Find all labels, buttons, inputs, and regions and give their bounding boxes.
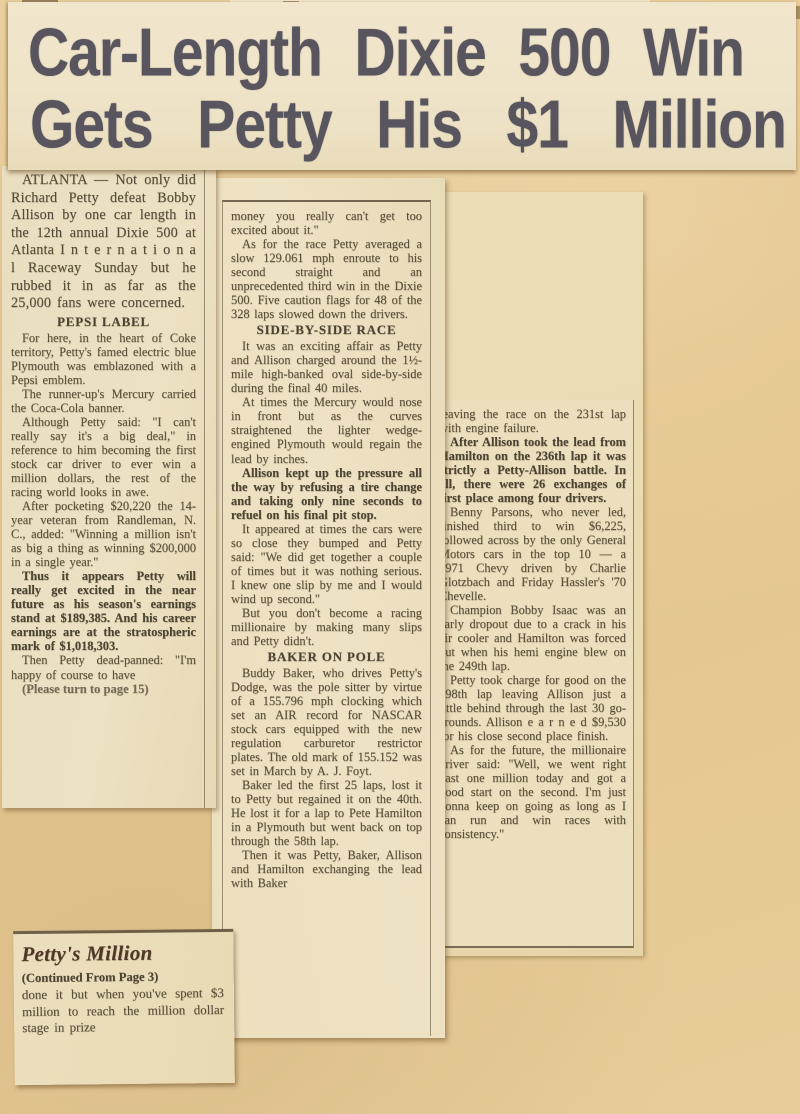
headline-clipping: Car-LengthDixie500Win GetsPettyHis$1Mill… [8, 2, 796, 170]
article-paragraph: At times the Mercury would nose in front… [231, 395, 422, 465]
left-column-text: ATLANTA — Not only did Richard Petty def… [11, 172, 196, 697]
continuation-body: done it but when you've spent $3 million… [22, 985, 225, 1037]
headline-word: Dixie [355, 20, 486, 87]
article-paragraph: Then Petty dead-panned: "I'm happy of co… [11, 653, 196, 681]
section-header: SIDE-BY-SIDE RACE [231, 322, 422, 338]
article-paragraph: But you don't become a racing millionair… [231, 606, 422, 648]
headline-word: Car-Length [28, 20, 322, 87]
article-paragraph: Baker led the first 25 laps, lost it to … [231, 778, 422, 848]
headline-word: Gets [30, 92, 153, 159]
section-header: BAKER ON POLE [231, 649, 422, 665]
continuation-title: Petty's Million [21, 940, 223, 967]
headline-word: Petty [197, 92, 331, 159]
headline-word: $1 [507, 92, 568, 159]
article-paragraph: For here, in the heart of Coke territory… [11, 331, 196, 387]
article-paragraph: Champion Bobby Isaac was an early dropou… [439, 603, 626, 673]
article-paragraph: The runner-up's Mercury carried the Coca… [11, 387, 196, 415]
article-paragraph: (Please turn to page 15) [11, 682, 196, 697]
article-paragraph: After pocketing $20,220 the 14-year vete… [11, 499, 196, 569]
article-paragraph: As for the future, the millionaire drive… [439, 743, 626, 841]
article-paragraph: ATLANTA — Not only did Richard Petty def… [11, 172, 196, 313]
article-paragraph: Thus it appears Petty will really get ex… [11, 569, 196, 653]
right-column-clipping: leaving the race on the 231st lap with e… [429, 192, 643, 956]
left-column-clipping: ATLANTA — Not only did Richard Petty def… [2, 166, 216, 808]
article-paragraph: It appeared at times the cars were so cl… [231, 522, 422, 606]
section-header: PEPSI LABEL [11, 314, 196, 330]
article-paragraph: money you really can't get too excited a… [231, 209, 422, 237]
headline-word: His [376, 92, 462, 159]
headline-word: Million [612, 92, 785, 159]
middle-column-clipping: money you really can't get too excited a… [212, 178, 445, 1038]
right-column-text: leaving the race on the 231st lap with e… [439, 407, 626, 841]
headline-line-2: GetsPettyHis$1Million [30, 92, 786, 159]
article-paragraph: Buddy Baker, who drives Petty's Dodge, w… [231, 666, 422, 778]
article-paragraph: As for the race Petty averaged a slow 12… [231, 237, 422, 321]
article-paragraph: Allison kept up the pressure all the way… [231, 466, 422, 522]
headline-line-1: Car-LengthDixie500Win [28, 20, 744, 87]
continuation-clipping: Petty's Million (Continued From Page 3) … [13, 929, 235, 1085]
article-paragraph: It was an exciting affair as Petty and A… [231, 339, 422, 395]
article-paragraph: Benny Parsons, who never led, finished t… [439, 505, 626, 603]
article-paragraph: Petty took charge for good on the 298th … [439, 673, 626, 743]
article-paragraph: After Allison took the lead from Hamilto… [439, 435, 626, 505]
right-column-box: leaving the race on the 231st lap with e… [431, 400, 634, 948]
headline-word: Win [643, 20, 744, 87]
article-paragraph: Although Petty said: "I can't really say… [11, 415, 196, 499]
column-rule [204, 166, 205, 808]
continuation-source-note: (Continued From Page 3) [22, 969, 224, 986]
article-paragraph: leaving the race on the 231st lap with e… [439, 407, 626, 435]
headline-word: 500 [518, 20, 610, 87]
middle-column-text: money you really can't get too excited a… [222, 200, 431, 1036]
scrapbook-page: Car-LengthDixie500Win GetsPettyHis$1Mill… [0, 0, 800, 1114]
article-paragraph: Then it was Petty, Baker, Allison and Ha… [231, 848, 422, 890]
